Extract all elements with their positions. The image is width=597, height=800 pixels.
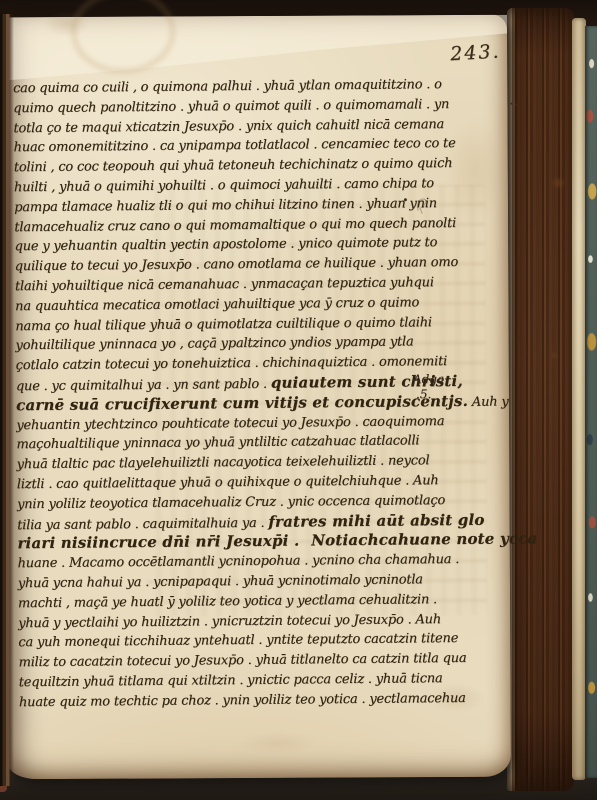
text-block: cao quima co cuili , o quimona palhui . … (13, 75, 459, 713)
text-segment: quilique to tecui yo Jesuxp̄o . cano omo… (15, 255, 459, 274)
margin-note-line: Adga (413, 372, 444, 387)
text-segment: yohuiltilique yninnaca yo , caçā ypaltzi… (15, 335, 413, 354)
text-segment: tlamacehualiz cruz cano o qui momamaltiq… (14, 216, 456, 235)
text-segment: riari nisiincruce dn̄i nr̄i Jesuxp̄i . (17, 532, 299, 553)
text-segment: maçohualtilique yninnaca yo yhuā yntlilt… (16, 434, 419, 453)
text-segment: yhuā ycna hahui ya . ycnipapaqui . yhuā … (18, 572, 423, 591)
text-segment: tlaihi yohuiltique nicā cemanahuac . ynm… (15, 275, 434, 294)
text-segment: pampa tlamace hualiz tli o qui mo chihui… (14, 196, 437, 215)
margin-note-line: .5. (413, 387, 444, 402)
text-segment: na quauhtica mecatica omotlaci yahuiltiq… (15, 295, 419, 314)
book-fore-edge (507, 8, 574, 791)
text-segment: tolini , co coc teopouh qui yhuā tetoneu… (14, 156, 453, 175)
text-segment: ca yuh monequi ticchihuaz yntehuatl . yn… (18, 631, 458, 650)
folio-number: 243. (450, 41, 501, 64)
text-segment (299, 535, 311, 550)
text-segment: huane . Macamo occētlamantli ycninopohua… (18, 552, 460, 571)
text-segment: que . yc quimitalhui ya . yn sant pablo … (16, 377, 271, 394)
text-segment: yehuantin ytechtzinco pouhticate totecui… (16, 414, 444, 433)
text-segment: tilia ya sant pablo . caquimitalhuia ya … (17, 515, 268, 532)
text-segment: carnē suā crucifixerunt cum vitijs et co… (16, 392, 468, 414)
gutter-shadow (0, 14, 14, 786)
text-segment: yhuā y yectlaihi yo huiliztzin . ynicruz… (18, 612, 441, 631)
margin-note: Adga .5. (413, 372, 444, 402)
text-segment: huac omonemititzino . ca ynipampa totlat… (14, 136, 456, 155)
text-segment: huate quiz mo techtic pa choz . ynin yol… (19, 691, 466, 710)
text-segment: Notiachcahuane note ycca (311, 530, 537, 550)
photo-background: 243. cao quima co cuili , o quimona palh… (0, 0, 597, 800)
marbled-endpaper (585, 26, 597, 778)
text-segment: cao quima co cuili , o quimona palhui . … (13, 77, 442, 96)
text-segment: ynin yoliliz teoyotica tlamacehualiz Cru… (17, 493, 445, 512)
text-segment: liztli . cao quitlaelittaque yhuā o quih… (17, 473, 439, 492)
text-segment: miliz to cacatzin totecui yo Jesuxp̄o . … (18, 651, 466, 670)
text-segment: Auh y (468, 394, 509, 409)
text-segment: machti , maçā ye huatl ȳ yoliliz teo yot… (18, 592, 437, 611)
text-segment: que y yehuantin qualtin yectin apostolom… (14, 236, 437, 255)
text-segment: çotlalo catzin totecui yo tonehuiztica .… (16, 354, 448, 373)
text-segment: nama ço hual tilique yhuā o quimotlatza … (15, 315, 432, 334)
text-segment: fratres mihi aūt absit glo (268, 510, 484, 530)
text-segment: totla ço te maqui xticatzin Jesuxp̄o . y… (13, 117, 444, 136)
stain (238, 732, 318, 754)
text-segment: yhuā tlaltic pac tlayelehuiliztli nacayo… (17, 453, 430, 472)
text-segment: huilti , yhuā o quimihi yohuilti . o qui… (14, 176, 434, 195)
manuscript-line: huate quiz mo techtic pa choz . ynin yol… (19, 689, 459, 713)
text-segment: quimo quech panoltitzino . yhuā o quimot… (13, 97, 449, 116)
flyleaf-edge (572, 18, 586, 780)
manuscript-page: 243. cao quima co cuili , o quimona palh… (4, 15, 511, 780)
text-segment: tequiltzin yhuā titlama qui xtiltzin . y… (19, 671, 443, 690)
